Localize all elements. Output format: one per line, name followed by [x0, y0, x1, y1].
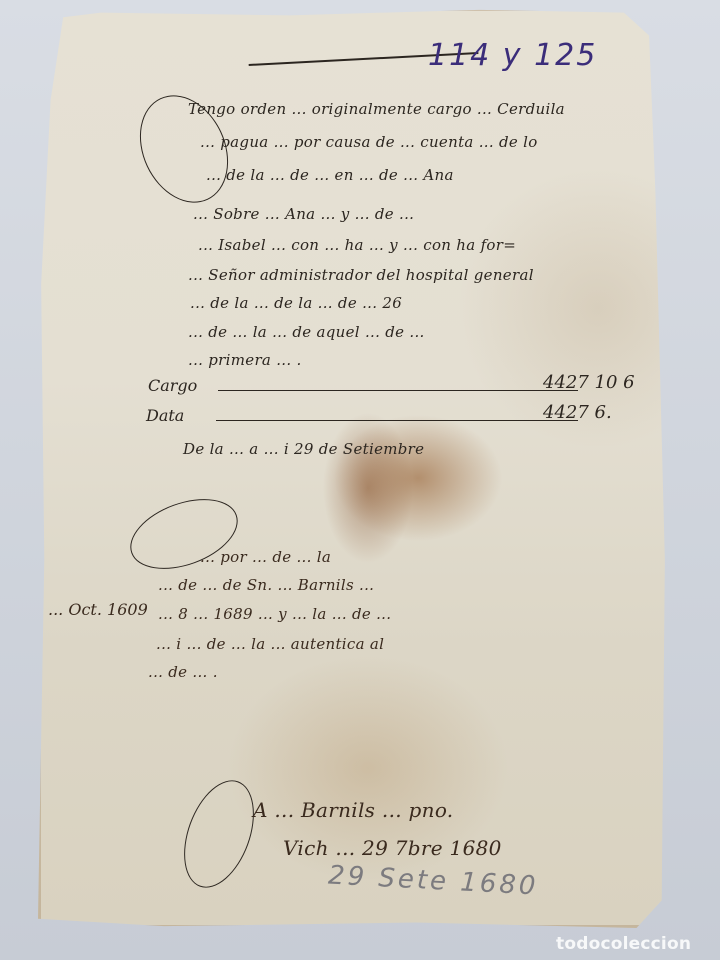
- account-row-cargo: Cargo 4427 10 6: [148, 376, 648, 400]
- pencil-date-annotation: 29 Sete 1680: [327, 861, 539, 902]
- body-line: Tengo orden ... originalmente cargo ... …: [188, 100, 565, 118]
- body-line: ... de ... la ... de aquel ... de ...: [188, 323, 425, 341]
- account-value: 4427 6.: [543, 402, 612, 423]
- leader-rule: [218, 390, 578, 391]
- second-paragraph-line: ... de ... .: [148, 663, 218, 681]
- closing-line: De la ... a ... i 29 de Setiembre: [183, 440, 424, 458]
- second-paragraph-line: ... 8 ... 1689 ... y ... la ... de ...: [158, 605, 391, 623]
- reference-number: 114 y 125: [428, 38, 597, 73]
- paragraph-flourish: [121, 486, 247, 583]
- body-line: ... Señor administrador del hospital gen…: [188, 266, 534, 284]
- signature-line-1: A ... Barnils ... pno.: [253, 798, 453, 822]
- account-value: 4427 10 6: [543, 372, 635, 393]
- body-line: ... de la ... de la ... de ... 26: [190, 294, 402, 312]
- body-line: ... Sobre ... Ana ... y ... de ...: [193, 205, 414, 223]
- manuscript-page: 114 y 125 Tengo orden ... originalmente …: [38, 8, 668, 928]
- margin-note: ... Oct. 1609: [48, 600, 148, 619]
- watermark-logo: todocoleccion: [556, 934, 691, 954]
- body-line: ... Isabel ... con ... ha ... y ... con …: [198, 236, 516, 254]
- second-paragraph-line: ... i ... de ... la ... autentica al: [156, 635, 384, 653]
- account-label: Cargo: [148, 376, 197, 395]
- body-line: ... primera ... .: [188, 351, 302, 369]
- signature-flourish: [171, 771, 268, 897]
- account-row-data: Data 4427 6.: [146, 406, 646, 430]
- body-line: ... pagua ... por causa de ... cuenta ..…: [200, 133, 538, 151]
- leader-rule: [216, 420, 578, 421]
- signature-line-2: Vich ... 29 7bre 1680: [283, 836, 502, 860]
- second-paragraph-line: ... de ... de Sn. ... Barnils ...: [158, 576, 374, 594]
- second-paragraph-line: ... por ... de ... la: [200, 548, 331, 566]
- account-label: Data: [146, 406, 184, 425]
- body-line: ... de la ... de ... en ... de ... Ana: [206, 166, 454, 184]
